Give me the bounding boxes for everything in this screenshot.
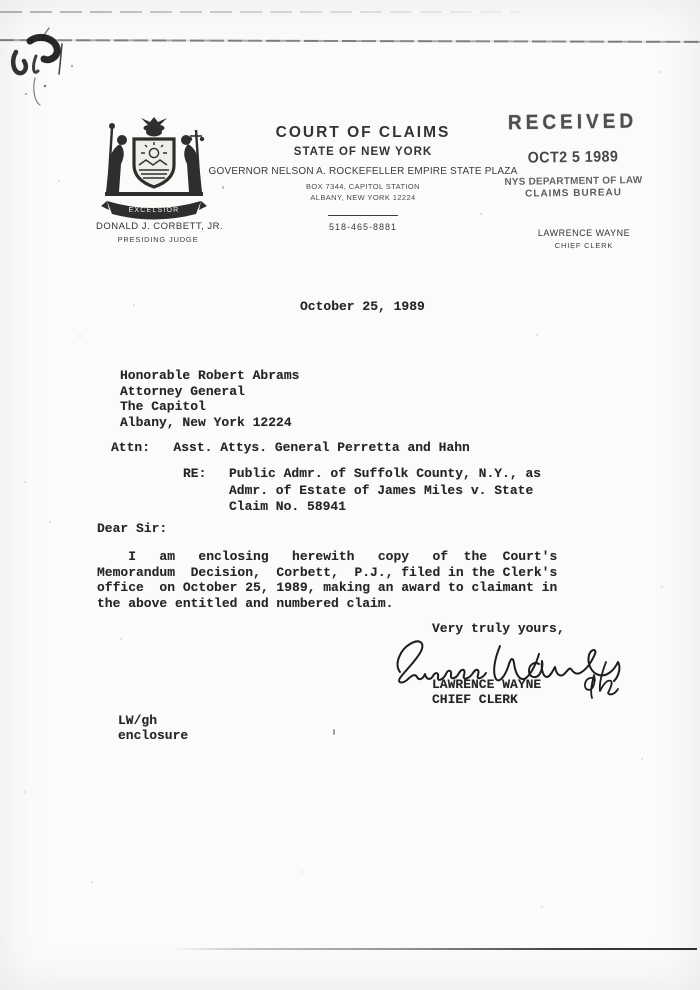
letterhead-subtitle: STATE OF NEW YORK [203,146,523,158]
letter-date: October 25, 1989 [300,299,425,314]
letterhead-phone: 518-465-8881 [203,222,523,232]
ink-scribble-artifact [2,16,112,106]
reference-initials: LW/gh [118,713,157,728]
recipient-line: Albany, New York 12224 [120,415,299,431]
scan-artifact-line-top [0,11,520,13]
judge-block: DONALD J. CORBETT, JR. PRESIDING JUDGE [96,221,220,244]
body-line: office on October 25, 1989, making an aw… [97,580,557,596]
clerk-name-header: LAWRENCE WAYNE [536,228,632,238]
recipient-line: Honorable Robert Abrams [120,368,299,384]
body-paragraph: I am enclosing herewith copy of the Cour… [97,549,557,611]
re-label: RE: [183,466,206,481]
recipient-address: Honorable Robert Abrams Attorney General… [120,368,299,430]
stamp-bureau-text: CLAIMS BUREAU [498,187,648,200]
body-line: I am enclosing herewith copy of the Cour… [97,549,557,565]
stamp-received-text: RECEIVED [497,110,647,136]
stamp-department-text: NYS DEPARTMENT OF LAW [498,175,648,188]
attn-line: Attn: Asst. Attys. General Perretta and … [111,440,470,455]
re-line: Claim No. 58941 [229,499,541,516]
letterhead-address-line3: ALBANY, NEW YORK 12224 [203,193,523,202]
recipient-line: Attorney General [120,384,299,400]
salutation: Dear Sir: [97,521,167,536]
re-line: Public Admr. of Suffolk County, N.Y., as [229,466,541,483]
scanned-letter-page: EXCELSIOR COURT OF CLAIMS STATE OF NEW Y… [0,0,700,990]
signer-title: CHIEF CLERK [432,692,518,707]
clerk-block: LAWRENCE WAYNE CHIEF CLERK [536,228,632,250]
re-block: Public Admr. of Suffolk County, N.Y., as… [229,466,541,516]
seal-motto: EXCELSIOR [129,207,180,214]
recipient-line: The Capitol [120,399,299,415]
letterhead-divider [328,215,398,216]
letterhead-address-line1: GOVERNOR NELSON A. ROCKEFELLER EMPIRE ST… [203,166,523,177]
scan-artifact-line-bottom [170,948,697,950]
re-line: Admr. of Estate of James Miles v. State [229,483,541,500]
letterhead: COURT OF CLAIMS STATE OF NEW YORK GOVERN… [203,124,523,232]
letterhead-title: COURT OF CLAIMS [203,124,523,142]
ny-state-seal-icon: EXCELSIOR [97,115,211,225]
stamp-date-text: OCT2 5 1989 [504,148,642,168]
body-line: the above entitled and numbered claim. [97,596,557,612]
received-stamp: RECEIVED OCT2 5 1989 NYS DEPARTMENT OF L… [497,111,648,200]
signer-name: LAWRENCE WAYNE [432,677,541,692]
judge-title: PRESIDING JUDGE [96,235,220,244]
clerk-title-header: CHIEF CLERK [536,241,632,250]
enclosure-note: enclosure [118,728,188,743]
judge-name: DONALD J. CORBETT, JR. [96,221,220,232]
body-line: Memorandum Decision, Corbett, P.J., file… [97,565,557,581]
letterhead-address-line2: BOX 7344, CAPITOL STATION [203,182,523,191]
